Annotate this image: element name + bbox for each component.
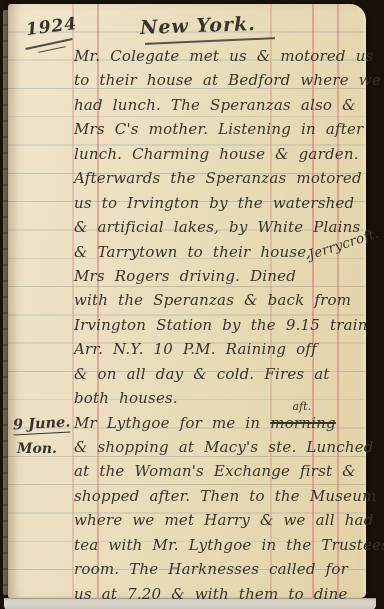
diary-line: & shopping at Macy's ste. Lunched	[74, 435, 374, 459]
inserted-word: aft.	[293, 401, 312, 412]
diary-line: Arr. N.Y. 10 P.M. Raining off	[74, 337, 374, 361]
diary-line: at the Woman's Exchange first &	[74, 459, 374, 483]
diary-photo: 1924 New York. 9 June. Mon. Mr. Colegate…	[0, 0, 384, 609]
diary-line: & Tarrytown to their house,Jerrycroft.	[74, 240, 374, 264]
diary-line: us at 7.20 & with them to dine	[74, 582, 374, 606]
year-underline-flourish-2	[38, 46, 66, 53]
diary-line: Mr Lythgoe for me in morningaft.	[74, 411, 374, 435]
diary-line: & on all day & cold. Fires at	[74, 362, 374, 386]
diary-line-text: Mr Lythgoe for me in	[74, 414, 270, 432]
diary-line: Afterwards the Speranzas motored	[74, 166, 374, 190]
diary-line: Mr. Colegate met us & motored us	[74, 44, 374, 68]
corrected-word: morningaft.	[270, 411, 336, 435]
diary-text: Mr. Colegate met us & motored us to thei…	[74, 44, 374, 606]
diary-line: had lunch. The Speranzas also &	[74, 93, 374, 117]
diary-line: with the Speranzas & back from	[74, 288, 374, 312]
diary-line-text: & Tarrytown to their house,	[74, 243, 311, 261]
year-underline-flourish	[25, 38, 72, 50]
diary-line: room. The Harknesses called for	[74, 557, 374, 581]
diary-line: us to Irvington by the watershed	[74, 191, 374, 215]
diary-line: Mrs C's mother. Listening in after	[74, 117, 374, 141]
diary-line: Irvington Station by the 9.15 train	[74, 313, 374, 337]
diary-line: both houses.	[74, 386, 374, 410]
margin-entry-date: 9 June.	[13, 414, 71, 436]
struck-word: morning	[270, 414, 336, 432]
diary-line: shopped after. Then to the Museum	[74, 484, 374, 508]
page-title: New York.	[140, 13, 257, 39]
diary-line: to their house at Bedford where we	[74, 68, 374, 92]
diary-line: Mrs Rogers driving. Dined	[74, 264, 374, 288]
margin-entry-day: Mon.	[17, 441, 57, 457]
diary-line: lunch. Charming house & garden.	[74, 142, 374, 166]
year-label: 1924	[25, 14, 78, 40]
diary-line: tea with Mr. Lythgoe in the Trustees	[74, 533, 374, 557]
diary-line: where we met Harry & we all had	[74, 508, 374, 532]
notebook-page: 1924 New York. 9 June. Mon. Mr. Colegate…	[8, 4, 366, 598]
